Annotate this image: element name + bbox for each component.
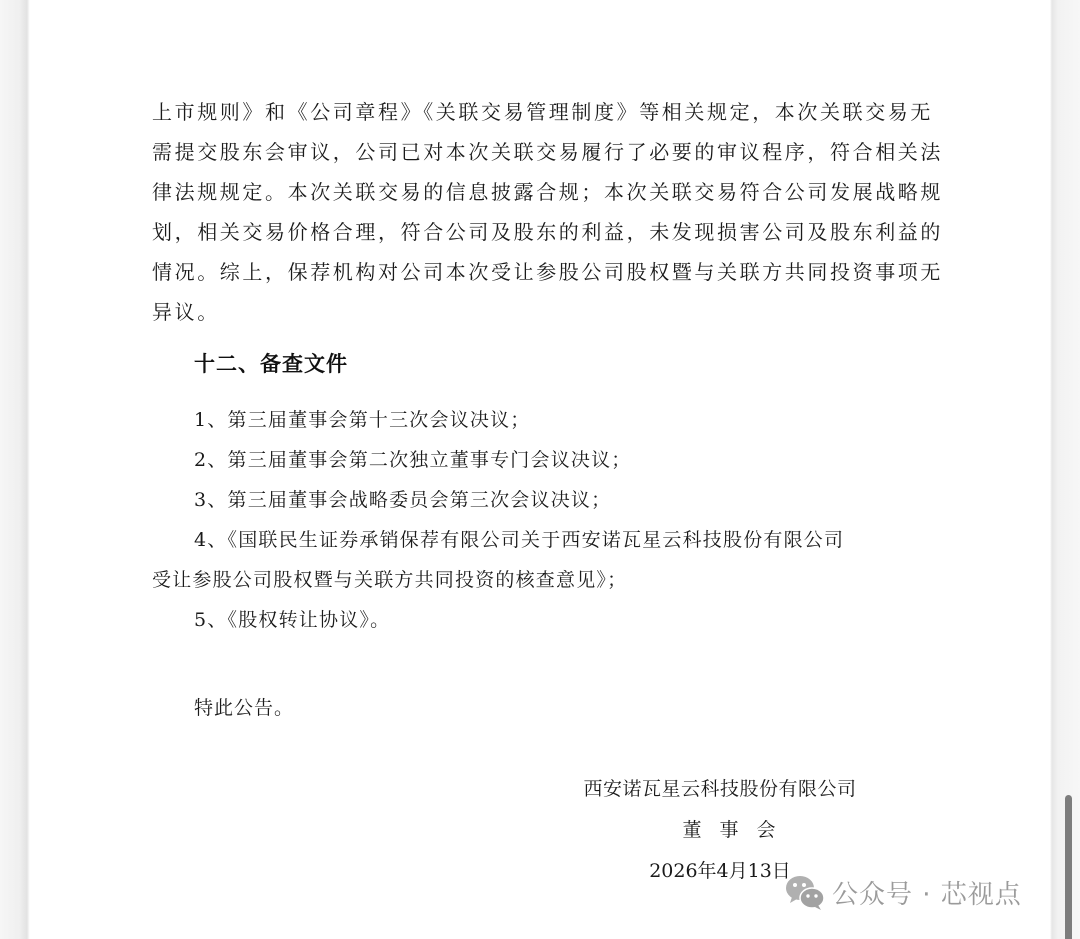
conclusion-paragraph: 上市规则》和《公司章程》《关联交易管理制度》等相关规定，本次关联交易无 需提交股… [152,92,868,332]
reference-documents-list: 1、第三届董事会第十三次会议决议； 2、第三届董事会第二次独立董事专门会议决议；… [152,400,868,640]
paragraph-line: 需提交股东会审议，公司已对本次关联交易履行了必要的审议程序，符合相关法 [152,132,868,172]
signature-company: 西安诺瓦星云科技股份有限公司 [570,774,870,801]
paragraph-line: 异议。 [152,292,868,332]
watermark: 公众号 · 芯视点 [784,872,1022,912]
closing-statement: 特此公告。 [194,693,294,720]
list-item-continuation: 受让参股公司股权暨与关联方共同投资的核查意见》； [152,560,868,600]
list-item: 1、第三届董事会第十三次会议决议； [152,400,868,440]
item-text: 第三届董事会战略委员会第三次会议决议； [228,489,612,511]
item-number: 1、 [152,409,228,431]
list-item: 3、第三届董事会战略委员会第三次会议决议； [152,480,868,520]
item-number: 2、 [152,449,228,471]
item-text: 《国联民生证券承销保荐有限公司关于西安诺瓦星云科技股份有限公司 [228,529,845,551]
section-heading: 十二、备查文件 [194,348,348,378]
list-item: 2、第三届董事会第二次独立董事专门会议决议； [152,440,868,480]
wechat-icon [784,872,826,912]
signature-board: 董事会 [570,815,888,842]
paragraph-line: 情况。综上，保荐机构对公司本次受让参股公司股权暨与关联方共同投资事项无 [152,252,868,292]
scrollbar-thumb[interactable] [1065,795,1072,939]
paragraph-line: 划，相关交易价格合理，符合公司及股东的利益，未发现损害公司及股东利益的 [152,212,868,252]
item-text-continuation: 受让参股公司股权暨与关联方共同投资的核查意见》； [152,569,627,591]
item-text: 第三届董事会第十三次会议决议； [228,409,531,431]
item-text: 《股权转让协议》。 [228,609,391,631]
item-number: 3、 [152,489,228,511]
paragraph-line: 律法规规定。本次关联交易的信息披露合规；本次关联交易符合公司发展战略规 [152,172,868,212]
watermark-text: 公众号 · 芯视点 [832,874,1022,911]
paragraph-line: 上市规则》和《公司章程》《关联交易管理制度》等相关规定，本次关联交易无 [152,92,868,132]
item-text: 第三届董事会第二次独立董事专门会议决议； [228,449,632,471]
item-number: 4、 [152,529,228,551]
list-item: 5、《股权转让协议》。 [152,600,868,640]
item-number: 5、 [152,609,228,631]
list-item: 4、《国联民生证券承销保荐有限公司关于西安诺瓦星云科技股份有限公司 [152,520,868,560]
document-viewer: 上市规则》和《公司章程》《关联交易管理制度》等相关规定，本次关联交易无 需提交股… [0,0,1080,939]
